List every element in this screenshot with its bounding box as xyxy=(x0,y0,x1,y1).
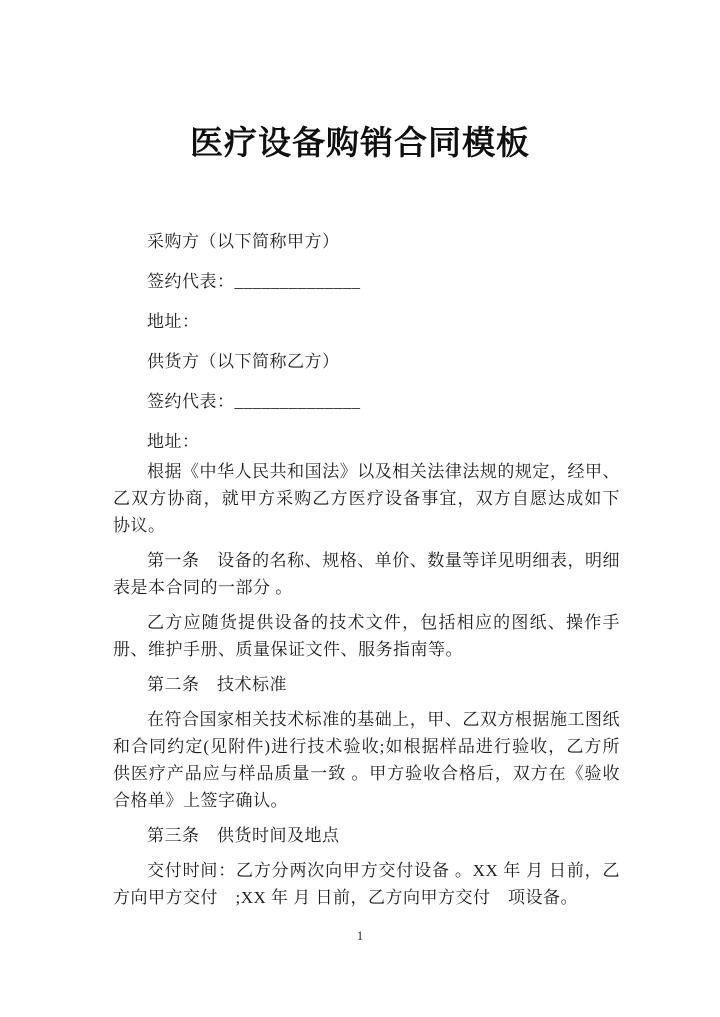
article-1-clause-2: 乙方应随货提供设备的技术文件，包括相应的图纸、操作手册、维护手册、质量保证文件、… xyxy=(113,609,620,663)
article-3-heading: 第三条 供货时间及地点 xyxy=(113,822,620,849)
contract-document-page: 医疗设备购销合同模板 采购方（以下简称甲方） 签约代表：____________… xyxy=(0,0,720,1017)
article-3-clause-1: 交付时间：乙方分两次向甲方交付设备 。XX 年 月 日前，乙方向甲方交付 ;XX… xyxy=(113,857,620,911)
buyer-address-line: 地址： xyxy=(113,308,620,335)
document-title: 医疗设备购销合同模板 xyxy=(0,0,720,165)
supplier-address-line: 地址： xyxy=(113,428,620,455)
page-number: 1 xyxy=(0,928,720,944)
article-1-clause-1: 第一条 设备的名称、规格、单价、数量等详见明细表，明细表是本合同的一部分 。 xyxy=(113,547,620,601)
parties-section: 采购方（以下简称甲方） 签约代表：______________ 地址： 供货方（… xyxy=(113,228,620,455)
article-2-clause-1: 在符合国家相关技术标准的基础上，甲、乙双方根据施工图纸和合同约定(见附件)进行技… xyxy=(113,706,620,814)
preamble-paragraph: 根据《中华人民共和国法》以及相关法律法规的规定，经甲、乙双方协商，就甲方采购乙方… xyxy=(113,458,620,539)
supplier-line: 供货方（以下简称乙方） xyxy=(113,348,620,375)
supplier-representative-line: 签约代表：______________ xyxy=(113,388,620,415)
article-2-heading: 第二条 技术标准 xyxy=(113,671,620,698)
buyer-representative-line: 签约代表：______________ xyxy=(113,268,620,295)
document-body: 采购方（以下简称甲方） 签约代表：______________ 地址： 供货方（… xyxy=(0,165,720,911)
buyer-line: 采购方（以下简称甲方） xyxy=(113,228,620,255)
